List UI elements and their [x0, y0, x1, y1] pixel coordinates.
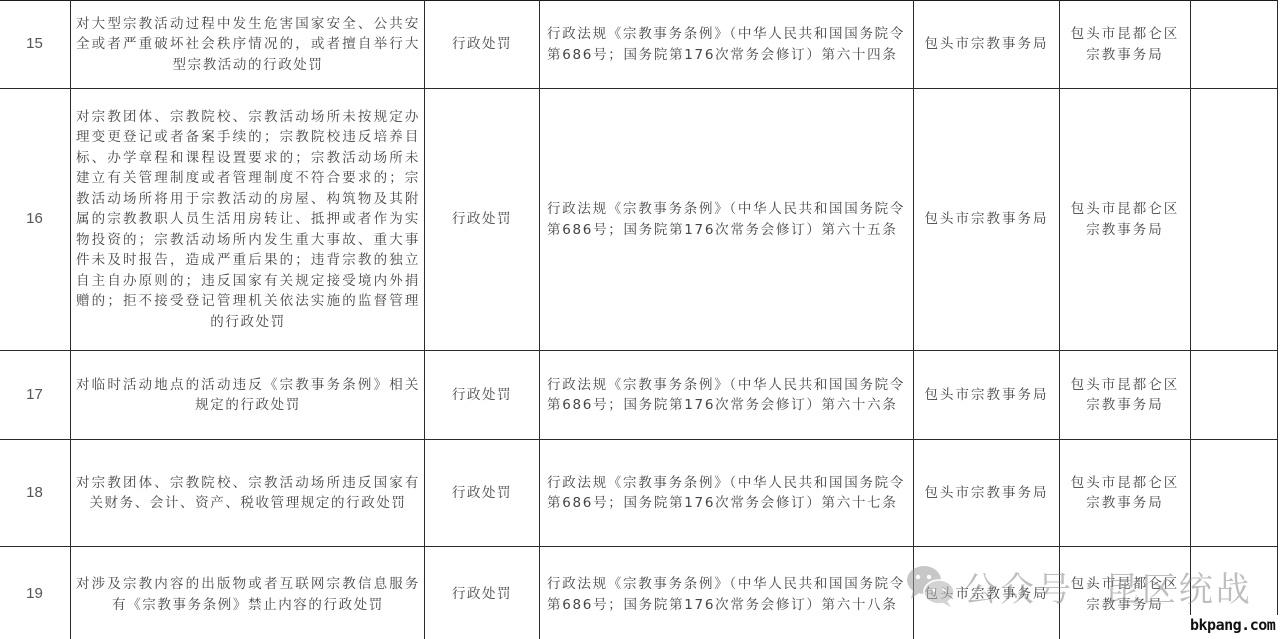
- item-type: 行政处罚: [425, 89, 540, 351]
- department: 包头市宗教事务局: [914, 440, 1060, 547]
- item-description-text: 对大型宗教活动过程中发生危害国家安全、公共安全或者严重破坏社会秩序情况的，或者擅…: [76, 14, 420, 76]
- table-row: 19 对涉及宗教内容的出版物或者互联网宗教信息服务有《宗教事务条例》禁止内容的行…: [0, 547, 1278, 639]
- item-description-text: 对临时活动地点的活动违反《宗教事务条例》相关规定的行政处罚: [76, 375, 420, 416]
- legal-basis: 行政法规《宗教事务条例》（中华人民共和国国务院令第686号；国务院第176次常务…: [540, 351, 914, 440]
- department: 包头市宗教事务局: [914, 89, 1060, 351]
- legal-basis: 行政法规《宗教事务条例》（中华人民共和国国务院令第686号；国务院第176次常务…: [540, 547, 914, 639]
- table-row: 18 对宗教团体、宗教院校、宗教活动场所违反国家有关财务、会计、资产、税收管理规…: [0, 440, 1278, 547]
- remarks: [1191, 440, 1278, 547]
- local-department: 包头市昆都仑区宗教事务局: [1060, 89, 1191, 351]
- legal-basis: 行政法规《宗教事务条例》（中华人民共和国国务院令第686号；国务院第176次常务…: [540, 1, 914, 89]
- item-description: 对涉及宗教内容的出版物或者互联网宗教信息服务有《宗教事务条例》禁止内容的行政处罚: [71, 547, 425, 639]
- local-department: 包头市昆都仑区宗教事务局: [1060, 440, 1191, 547]
- row-number: 18: [0, 440, 71, 547]
- local-department: 包头市昆都仑区宗教事务局: [1060, 1, 1191, 89]
- row-number: 16: [0, 89, 71, 351]
- item-type: 行政处罚: [425, 351, 540, 440]
- remarks: [1191, 1, 1278, 89]
- item-type: 行政处罚: [425, 440, 540, 547]
- item-description-text: 对宗教团体、宗教院校、宗教活动场所未按规定办理变更登记或者备案手续的；宗教院校违…: [76, 107, 420, 333]
- remarks: [1191, 89, 1278, 351]
- document-page: 15 对大型宗教活动过程中发生危害国家安全、公共安全或者严重破坏社会秩序情况的，…: [0, 0, 1280, 639]
- penalty-table: 15 对大型宗教活动过程中发生危害国家安全、公共安全或者严重破坏社会秩序情况的，…: [0, 0, 1278, 639]
- local-department: 包头市昆都仑区宗教事务局: [1060, 547, 1191, 639]
- table-row: 16 对宗教团体、宗教院校、宗教活动场所未按规定办理变更登记或者备案手续的；宗教…: [0, 89, 1278, 351]
- remarks: [1191, 351, 1278, 440]
- legal-basis: 行政法规《宗教事务条例》（中华人民共和国国务院令第686号；国务院第176次常务…: [540, 440, 914, 547]
- item-type: 行政处罚: [425, 547, 540, 639]
- department: 包头市宗教事务局: [914, 351, 1060, 440]
- table-row: 15 对大型宗教活动过程中发生危害国家安全、公共安全或者严重破坏社会秩序情况的，…: [0, 1, 1278, 89]
- department: 包头市宗教事务局: [914, 1, 1060, 89]
- local-department: 包头市昆都仑区宗教事务局: [1060, 351, 1191, 440]
- row-number: 15: [0, 1, 71, 89]
- item-description-text: 对涉及宗教内容的出版物或者互联网宗教信息服务有《宗教事务条例》禁止内容的行政处罚: [76, 574, 420, 615]
- row-number: 17: [0, 351, 71, 440]
- item-description: 对宗教团体、宗教院校、宗教活动场所未按规定办理变更登记或者备案手续的；宗教院校违…: [71, 89, 425, 351]
- row-number: 19: [0, 547, 71, 639]
- item-type: 行政处罚: [425, 1, 540, 89]
- item-description: 对临时活动地点的活动违反《宗教事务条例》相关规定的行政处罚: [71, 351, 425, 440]
- department: 包头市宗教事务局: [914, 547, 1060, 639]
- table-row: 17 对临时活动地点的活动违反《宗教事务条例》相关规定的行政处罚 行政处罚 行政…: [0, 351, 1278, 440]
- legal-basis: 行政法规《宗教事务条例》（中华人民共和国国务院令第686号；国务院第176次常务…: [540, 89, 914, 351]
- item-description: 对宗教团体、宗教院校、宗教活动场所违反国家有关财务、会计、资产、税收管理规定的行…: [71, 440, 425, 547]
- site-watermark: bkpang.com: [1189, 615, 1280, 639]
- item-description: 对大型宗教活动过程中发生危害国家安全、公共安全或者严重破坏社会秩序情况的，或者擅…: [71, 1, 425, 89]
- item-description-text: 对宗教团体、宗教院校、宗教活动场所违反国家有关财务、会计、资产、税收管理规定的行…: [76, 473, 420, 514]
